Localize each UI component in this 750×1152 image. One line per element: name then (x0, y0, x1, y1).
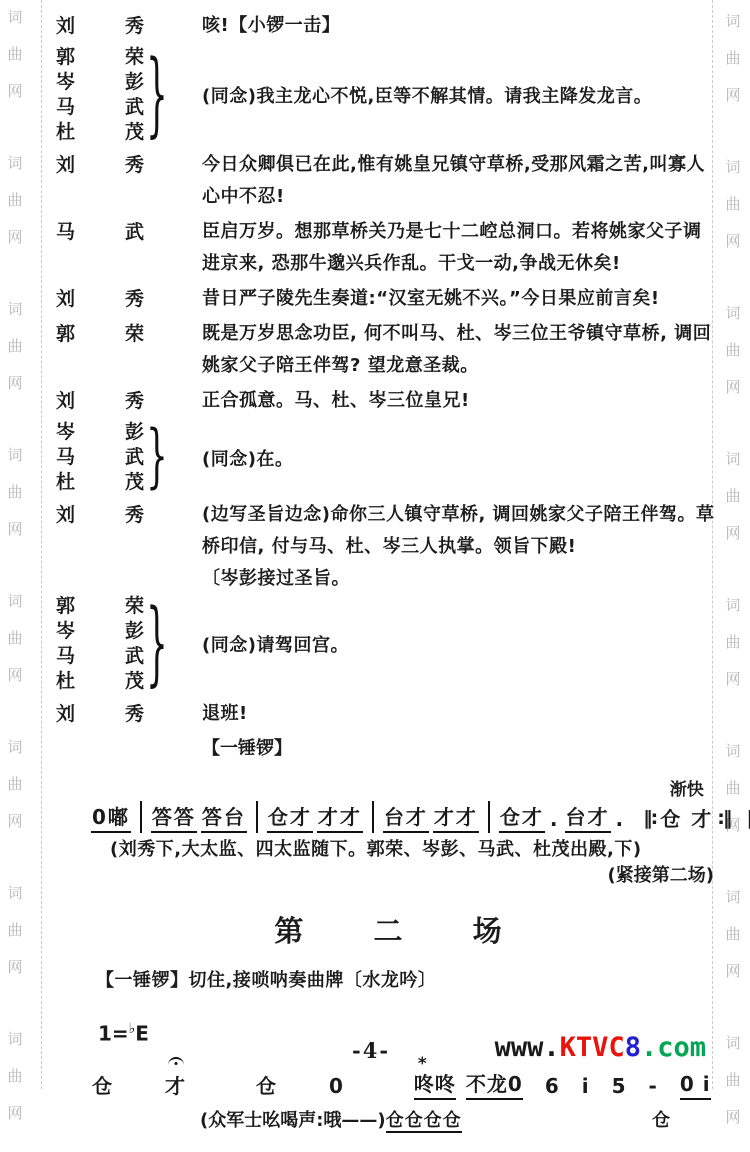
luogu-measure: 仓才才才 (256, 801, 372, 833)
dialog-text: 咳!【小锣一击】 (202, 10, 718, 42)
stage-note: 〔岑彭接过圣旨。 (202, 566, 720, 592)
jianpu-music-line: 仓才仓0咚咚*不龙06i5-0 i246i56i 7 (众军士吆喝声:哦——)仓… (92, 1066, 720, 1089)
speaker-char: 茂 (125, 120, 144, 145)
watermark-char: 词 (720, 302, 746, 323)
watermark-char: 词 (720, 594, 746, 615)
speaker-char: 秀 (125, 698, 144, 730)
speaker-char: 岑 (56, 420, 75, 445)
watermark-char: 词 (2, 444, 28, 465)
page-number: -4- (352, 1038, 390, 1063)
speaker-char: 武 (125, 216, 144, 248)
key-note: E (135, 1022, 149, 1046)
watermark-char: 词 (720, 1032, 746, 1053)
dialog-text: 既是万岁思念功臣, 何不叫马、杜、岑三位王爷镇守草桥, 调回姚家父子陪王伴驾? … (202, 318, 718, 382)
dialog-text: 臣启万岁。想那草桥关乃是七十二崆总洞口。若将姚家父子调进京来, 恐那牛邈兴兵作乱… (202, 216, 718, 280)
music-note: 仓 (256, 1072, 277, 1089)
dialog-line: 郭荣既是万岁思念功臣, 何不叫马、杜、岑三位王爷镇守草桥, 调回姚家父子陪王伴驾… (56, 318, 720, 382)
watermark-char: 网 (2, 372, 28, 393)
watermark-char: 曲 (2, 919, 28, 940)
group-name-row: 马武 (56, 644, 144, 669)
group-name-row: 岑彭 (56, 420, 144, 445)
luogu-beat: 仓才 (267, 803, 313, 833)
speaker-char: 杜 (56, 669, 75, 694)
watermark-char: 曲 (720, 1069, 746, 1089)
watermark-char: 网 (2, 226, 28, 247)
group-chorus-text: (同念)在。 (202, 445, 293, 471)
group-chorus-text: (同念)我主龙心不悦,臣等不解其情。请我主降发龙言。 (202, 82, 652, 108)
luogu-beat: 0嘟 (91, 803, 131, 833)
watermark-char: 曲 (2, 335, 28, 356)
group-brace: } (144, 509, 170, 780)
accent-star-icon: * (418, 1050, 428, 1078)
url-ktvc-part: KTVC (560, 1032, 625, 1063)
speaker-name: 刘秀 (56, 385, 144, 417)
luogu-beat: . (549, 805, 561, 833)
watermark-char: 曲 (720, 47, 746, 68)
watermark-char: 曲 (720, 193, 746, 214)
speaker-name: 刘秀 (56, 499, 144, 531)
speaker-char: 荣 (125, 318, 144, 350)
watermark-char: 曲 (2, 189, 28, 210)
speaker-char: 武 (125, 644, 144, 669)
watermark-char: 词 (2, 882, 28, 903)
watermark-char: 网 (720, 960, 746, 981)
luogu-beat: 答答 (151, 803, 197, 833)
watermark-char: 曲 (2, 43, 28, 64)
dialog-text: 正合孤意。马、杜、岑三位皇兄! (202, 385, 718, 417)
script-page: 刘秀咳!【小锣一击】郭荣岑彭马武杜茂}(同念)我主龙心不悦,臣等不解其情。请我主… (56, 10, 720, 1089)
speaker-name: 刘秀 (56, 698, 144, 730)
luogu-measure: 渐快‖:仓 才:‖ (635, 801, 738, 833)
speaker-char: 马 (56, 644, 75, 669)
music-note: 0 i (680, 1070, 711, 1089)
repeat-sign-left: ‖: (643, 803, 656, 833)
watermark-char: 网 (720, 668, 746, 689)
speaker-char: 秀 (125, 385, 144, 417)
luogu-beat: 仓才 (499, 803, 545, 833)
luogu-measure: 0嘟 (82, 801, 140, 833)
luogu-beat: 仓 才 (659, 805, 714, 833)
group-chorus-text: (同念)请驾回宫。 (202, 631, 349, 657)
speaker-char: 杜 (56, 120, 75, 145)
speaker-char: 郭 (56, 45, 75, 70)
group-name-row: 杜茂 (56, 669, 144, 694)
stage-direction: (刘秀下,大太监、四太监随下。郭荣、岑彭、马武、杜茂出殿,下) (110, 837, 720, 863)
watermark-char: 曲 (720, 485, 746, 506)
watermark-char: 网 (2, 80, 28, 101)
music-notation-row: 仓才仓0咚咚*不龙06i5-0 i246i56i 7 (92, 1066, 720, 1089)
left-watermark-column: 词曲网词曲网词曲网词曲网词曲网词曲网词曲网词曲网 (2, 0, 28, 1089)
watermark-char: 曲 (2, 1065, 28, 1086)
watermark-char: 网 (2, 518, 28, 539)
luogu-beat: 台才 (565, 803, 611, 833)
speaker-char: 刘 (56, 283, 75, 315)
dialog-text: 退班! (202, 698, 718, 730)
watermark-char: 网 (720, 230, 746, 251)
script-area: 刘秀咳!【小锣一击】郭荣岑彭马武杜茂}(同念)我主龙心不悦,臣等不解其情。请我主… (56, 10, 720, 765)
luogu-beat: 台才 (383, 803, 429, 833)
watermark-char: 曲 (720, 923, 746, 944)
music-note: 仓 (92, 1072, 113, 1089)
tempo-mark: 渐快 (670, 775, 704, 800)
group-name-row: 郭荣 (56, 594, 144, 619)
watermark-char: 词 (2, 6, 28, 27)
group-name-row: 杜茂 (56, 120, 144, 145)
music-note: 0 (329, 1072, 344, 1089)
watermark-char: 词 (2, 152, 28, 173)
speaker-char: 荣 (125, 594, 144, 619)
speaker-char: 彭 (125, 619, 144, 644)
speaker-char: 刘 (56, 149, 75, 181)
speaker-char: 彭 (125, 70, 144, 95)
percussion-cue: 【一锤锣】 (202, 733, 720, 765)
luogu-measure: 仓才.台才. (488, 801, 635, 833)
speaker-char: 秀 (125, 149, 144, 181)
speaker-char: 刘 (56, 385, 75, 417)
speaker-char: 茂 (125, 470, 144, 495)
left-dashed-border (41, 0, 42, 1089)
speaker-group: 岑彭马武杜茂}(同念)在。 (56, 420, 720, 495)
speaker-name: 郭荣 (56, 318, 144, 350)
speaker-char: 彭 (125, 420, 144, 445)
dialog-text: (边写圣旨边念)命你三人镇守草桥, 调回姚家父子陪王伴驾。草桥印信, 付与马、杜… (202, 499, 718, 563)
url-eight-part: 8 (625, 1032, 641, 1063)
luogu-measure: 答答答台 (140, 801, 256, 833)
watermark-char: 网 (2, 810, 28, 831)
dialog-text: 今日众卿俱已在此,惟有姚皇兄镇守草桥,受那风霜之苦,叫寡人心中不忍! (202, 149, 718, 213)
group-name-row: 岑彭 (56, 70, 144, 95)
watermark-char: 词 (720, 886, 746, 907)
speaker-char: 刘 (56, 10, 75, 42)
key-prefix: 1= (98, 1022, 129, 1046)
watermark-char: 网 (2, 664, 28, 685)
group-brace: } (144, 0, 170, 230)
watermark-char: 曲 (720, 631, 746, 652)
speaker-char: 刘 (56, 499, 75, 531)
group-names: 岑彭马武杜茂 (56, 420, 144, 495)
watermark-char: 词 (2, 1028, 28, 1049)
speaker-char: 马 (56, 95, 75, 120)
speaker-name: 刘秀 (56, 149, 144, 181)
watermark-char: 词 (2, 298, 28, 319)
speaker-char: 郭 (56, 318, 75, 350)
watermark-char: 曲 (720, 339, 746, 360)
luogu-beat: 答台 (201, 803, 247, 833)
watermark-char: 曲 (2, 481, 28, 502)
speaker-group: 郭荣岑彭马武杜茂}(同念)请驾回宫。 (56, 594, 720, 694)
speaker-char: 荣 (125, 45, 144, 70)
speaker-name: 刘秀 (56, 283, 144, 315)
ktvc8-url-watermark[interactable]: www.KTVC8.com (495, 1032, 706, 1063)
watermark-char: 曲 (720, 777, 746, 798)
speaker-char: 秀 (125, 283, 144, 315)
music-note: i (582, 1072, 590, 1089)
watermark-char: 网 (720, 376, 746, 397)
url-com-part: .com (641, 1032, 706, 1063)
fermata-icon (168, 1057, 184, 1068)
speaker-char: 马 (56, 216, 75, 248)
watermark-char: 词 (720, 10, 746, 31)
watermark-char: 词 (720, 156, 746, 177)
dialog-text: 昔日严子陵先生奏道:“汉室无姚不兴。”今日果应前言矣! (202, 283, 718, 315)
group-name-row: 杜茂 (56, 470, 144, 495)
speaker-char: 秀 (125, 10, 144, 42)
repeat-sign-left: ‖: (746, 803, 750, 833)
speaker-char: 茂 (125, 669, 144, 694)
speaker-char: 岑 (56, 70, 75, 95)
dialog-line: 刘秀昔日严子陵先生奏道:“汉室无姚不兴。”今日果应前言矣! (56, 283, 720, 315)
group-name-row: 马武 (56, 445, 144, 470)
speaker-char: 刘 (56, 698, 75, 730)
right-watermark-column: 词曲网词曲网词曲网词曲网词曲网词曲网词曲网词曲网 (720, 0, 746, 1089)
scene-music-intro: 【一锤锣】切住,接唢呐奏曲牌〔水龙吟〕 (96, 967, 720, 995)
speaker-char: 杜 (56, 470, 75, 495)
group-name-row: 岑彭 (56, 619, 144, 644)
luogu-beat: 才才 (433, 803, 479, 833)
luogu-measure: 慢一倍‖:仓才台才:‖ (738, 801, 750, 833)
url-www-part: www. (495, 1032, 560, 1063)
group-name-row: 马武 (56, 95, 144, 120)
music-note: 5 (612, 1072, 627, 1089)
speaker-char: 武 (125, 445, 144, 470)
music-note: 6 (545, 1072, 560, 1089)
speaker-char: 武 (125, 95, 144, 120)
gong-drum-notation-line: 0嘟答答答台仓才才才台才才才仓才.台才.渐快‖:仓 才:‖慢一倍‖:仓才台才:‖… (82, 789, 720, 833)
watermark-char: 网 (720, 84, 746, 105)
speaker-char: 郭 (56, 594, 75, 619)
watermark-char: 网 (720, 522, 746, 543)
speaker-char: 马 (56, 445, 75, 470)
speaker-char: 秀 (125, 499, 144, 531)
watermark-char: 曲 (2, 627, 28, 648)
speaker-name: 刘秀 (56, 10, 144, 42)
watermark-char: 词 (2, 736, 28, 757)
watermark-char: 网 (2, 956, 28, 977)
music-note: 咚咚* (414, 1070, 456, 1089)
speaker-char: 岑 (56, 619, 75, 644)
music-note: - (649, 1072, 658, 1089)
group-names: 郭荣岑彭马武杜茂 (56, 45, 144, 145)
group-names: 郭荣岑彭马武杜茂 (56, 594, 144, 694)
watermark-char: 曲 (2, 773, 28, 794)
luogu-beat: . (615, 805, 627, 833)
speaker-group: 郭荣岑彭马武杜茂}(同念)我主龙心不悦,臣等不解其情。请我主降发龙言。 (56, 45, 720, 145)
scene-heading: 第 二 场 (56, 911, 720, 951)
music-note: 才 (165, 1072, 186, 1089)
repeat-sign-right: :‖ (717, 803, 730, 833)
scene-transition-cue: (紧接第二场) (56, 863, 720, 889)
luogu-measure: 台才才才 (372, 801, 488, 833)
watermark-char: 词 (720, 448, 746, 469)
music-note: 不龙0 (466, 1070, 523, 1089)
speaker-name: 马武 (56, 216, 144, 248)
watermark-char: 词 (2, 590, 28, 611)
watermark-char: 词 (720, 740, 746, 761)
group-name-row: 郭荣 (56, 45, 144, 70)
luogu-beat: 才才 (317, 803, 363, 833)
